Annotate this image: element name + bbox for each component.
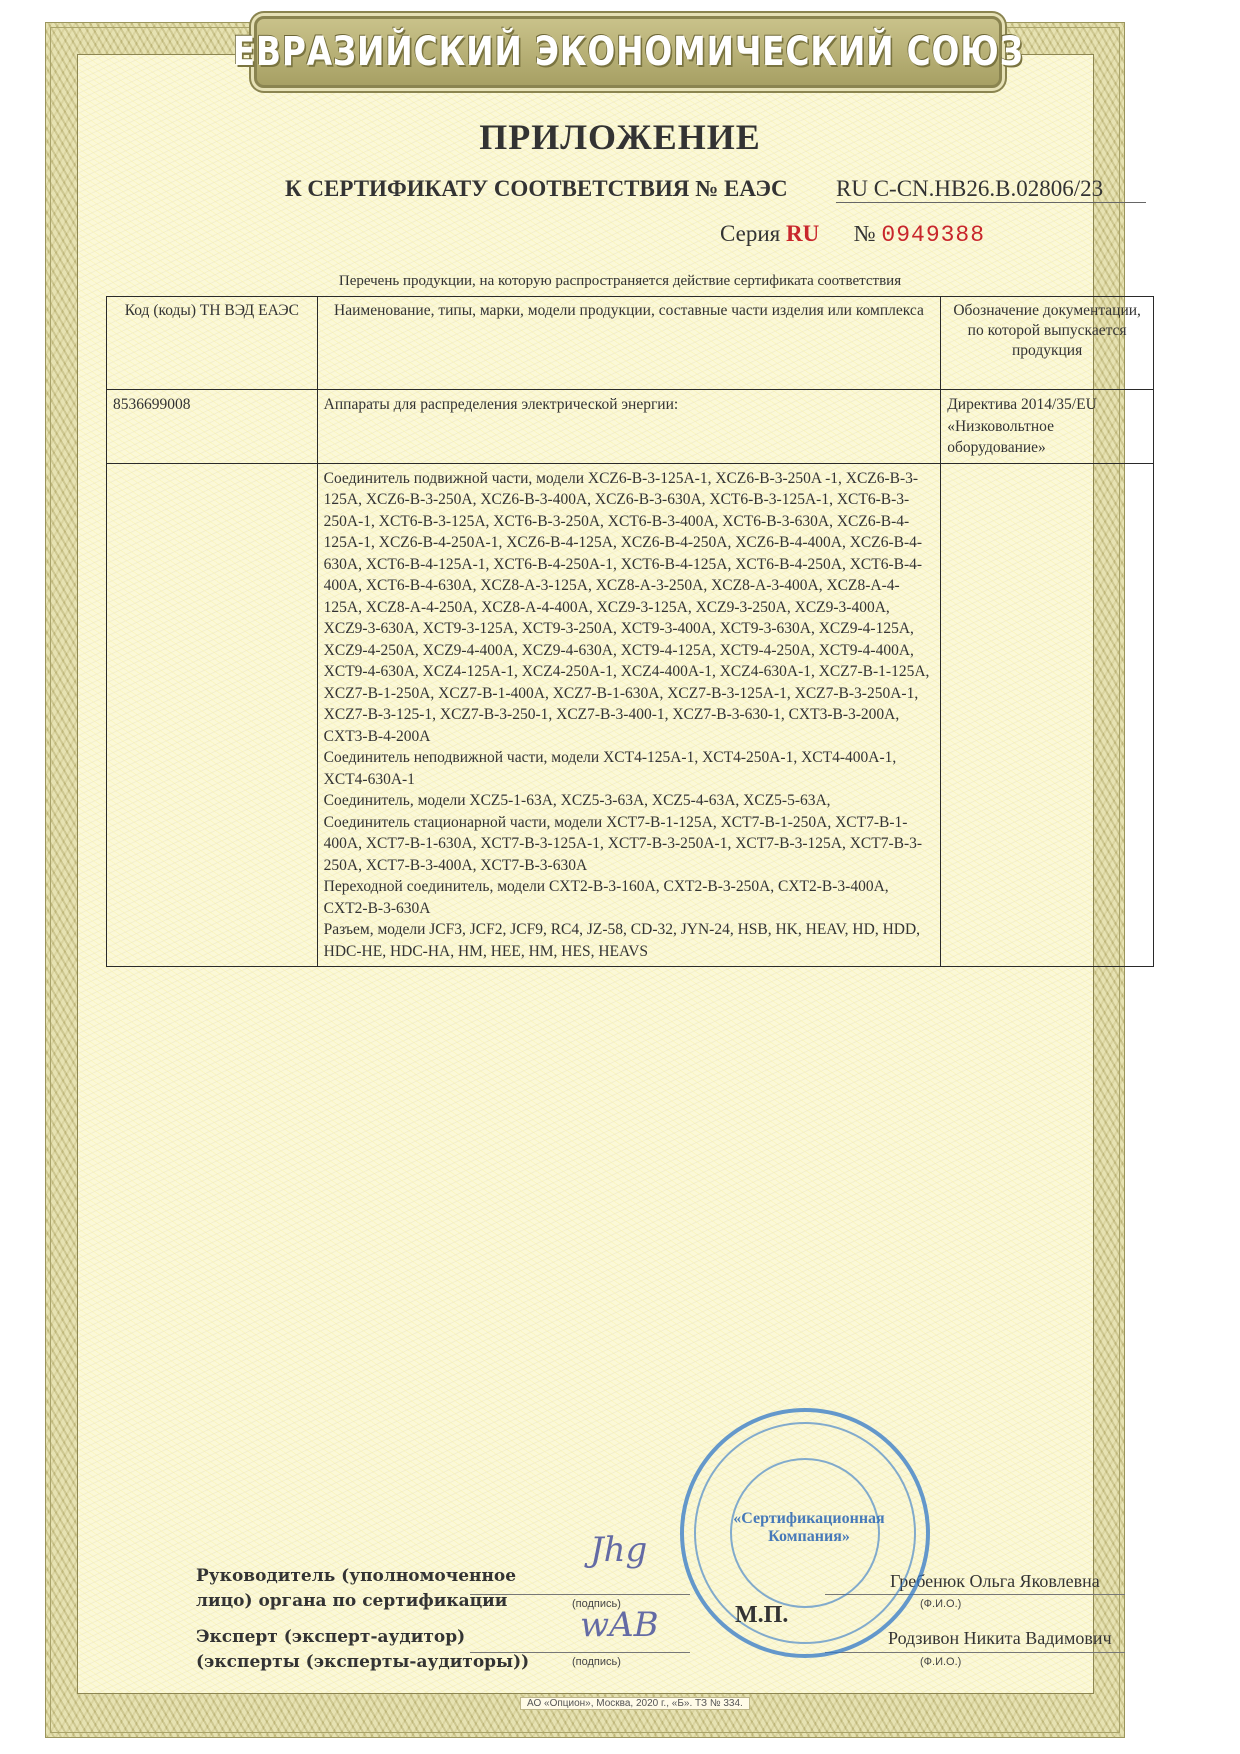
cell-empty-doc [941, 463, 1154, 967]
head-label: Руководитель (уполномоченное лицо) орган… [196, 1564, 516, 1614]
head-signature-line [470, 1594, 690, 1595]
cell-empty-code [107, 463, 318, 967]
spec-stationary: Соединитель стационарной части, модели X… [324, 812, 935, 877]
certificate-number: RU C-CN.НВ26.В.02806/23 [836, 176, 1146, 203]
series-value: RU [786, 221, 819, 246]
head-fio-caption: (Ф.И.О.) [920, 1598, 961, 1610]
cell-code: 8536699008 [107, 390, 318, 464]
header-code: Код (коды) ТН ВЭД ЕАЭС [107, 297, 318, 390]
printer-imprint: АО «Опцион», Москва, 2020 г., «Б». ТЗ № … [520, 1697, 750, 1710]
certification-stamp: «Сертификационная Компания» [680, 1408, 930, 1658]
union-banner: ЕВРАЗИЙСКИЙ ЭКОНОМИЧЕСКИЙ СОЮЗ [254, 16, 1002, 88]
cell-name: Аппараты для распределения электрической… [317, 390, 941, 464]
table-row-specs: Соединитель подвижной части, модели XCZ6… [107, 463, 1154, 967]
certificate-prefix: К СЕРТИФИКАТУ СООТВЕТСТВИЯ № ЕАЭС [285, 176, 788, 202]
expert-fio-caption: (Ф.И.О.) [920, 1656, 961, 1668]
spec-plug: Разъем, модели JCF3, JCF2, JCF9, RC4, JZ… [324, 919, 935, 962]
cell-doc: Директива 2014/35/EU «Низковольтное обор… [941, 390, 1154, 464]
table-row: 8536699008 Аппараты для распределения эл… [107, 390, 1154, 464]
table-header-row: Код (коды) ТН ВЭД ЕАЭС Наименование, тип… [107, 297, 1154, 390]
header-name: Наименование, типы, марки, модели продук… [317, 297, 941, 390]
expert-label: Эксперт (эксперт-аудитор) (эксперты (экс… [196, 1625, 529, 1675]
page-title: ПРИЛОЖЕНИЕ [0, 116, 1240, 158]
expert-label-line-2: (эксперты (эксперты-аудиторы)) [196, 1650, 529, 1675]
cell-spec-list: Соединитель подвижной части, модели XCZ6… [317, 463, 941, 967]
series-label: Серия [720, 221, 780, 246]
spec-movable: Соединитель подвижной части, модели XCZ6… [324, 468, 935, 748]
expert-signature-caption: (подпись) [572, 1656, 621, 1668]
number-label: № [854, 221, 876, 246]
spec-adapter: Переходной соединитель, модели CXT2-B-3-… [324, 876, 935, 919]
spec-fixed: Соединитель неподвижной части, модели XC… [324, 747, 935, 790]
stamp-place-label: М.П. [735, 1602, 788, 1629]
header-doc: Обозначение документации, по которой вып… [941, 297, 1154, 390]
products-table: Код (коды) ТН ВЭД ЕАЭС Наименование, тип… [106, 296, 1154, 967]
expert-name: Родзивон Никита Вадимович [888, 1628, 1112, 1649]
expert-fio-line [825, 1652, 1125, 1653]
head-label-line-1: Руководитель (уполномоченное [196, 1564, 516, 1589]
head-label-line-2: лицо) органа по сертификации [196, 1589, 516, 1614]
spec-connector: Соединитель, модели XCZ5-1-63A, XCZ5-3-6… [324, 790, 935, 812]
form-number: 0949388 [881, 222, 985, 248]
stamp-center-text: «Сертификационная Компания» [684, 1510, 934, 1546]
head-signature: Jhg [590, 1530, 647, 1570]
banner-title: ЕВРАЗИЙСКИЙ ЭКОНОМИЧЕСКИЙ СОЮЗ [233, 29, 1024, 75]
expert-signature-line [470, 1652, 690, 1653]
expert-signature: wAB [580, 1605, 659, 1645]
expert-label-line-1: Эксперт (эксперт-аудитор) [196, 1625, 529, 1650]
products-intro: Перечень продукции, на которую распростр… [0, 273, 1240, 290]
series-line: Серия RU № 0949388 [720, 221, 985, 248]
